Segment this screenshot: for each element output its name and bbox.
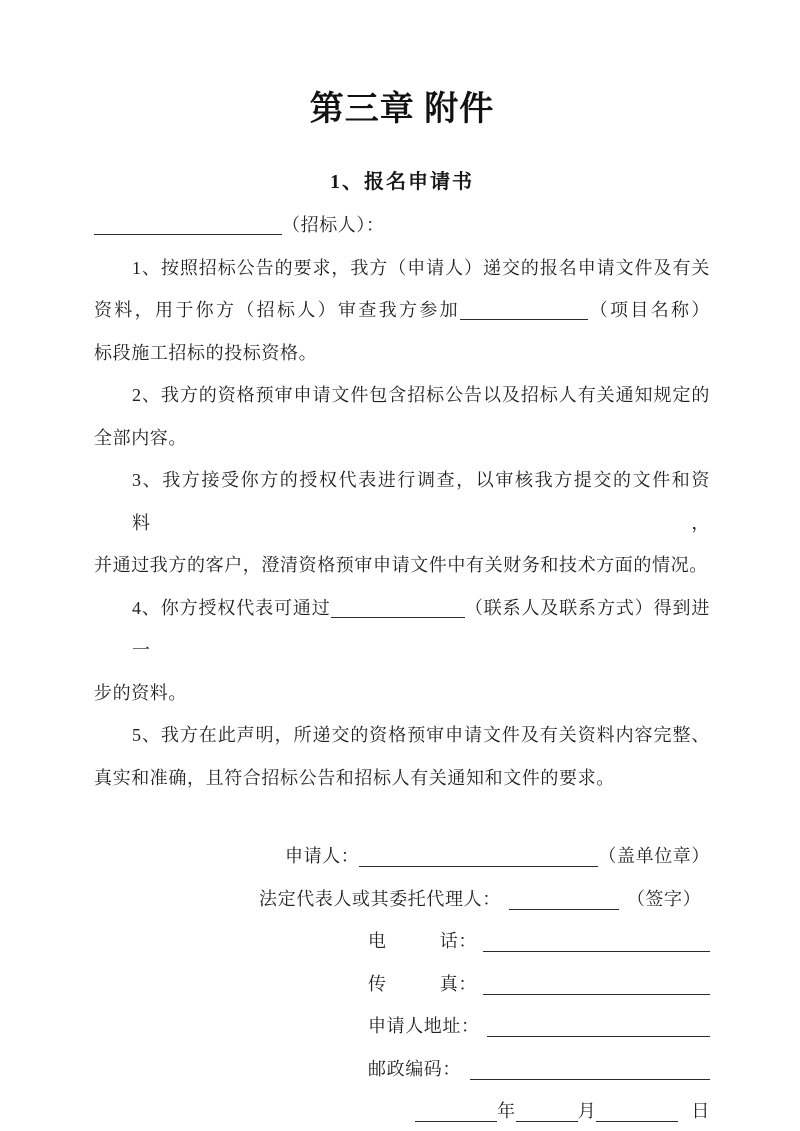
paragraph-3-line-2: 并通过我方的客户，澄清资格预审申请文件中有关财务和技术方面的情况。 bbox=[94, 544, 710, 587]
phone-label-char-2: 话： bbox=[440, 921, 477, 961]
address-row: 申请人地址： bbox=[368, 1004, 710, 1047]
text-run: 真实和准确，且符合招标公告和招标人有关通知和文件的要求。 bbox=[94, 768, 615, 788]
paragraph-3-line-1: 3、我方接受你方的授权代表进行调查，以审核我方提交的文件和资料， bbox=[94, 459, 710, 544]
fax-label-char-1: 传 bbox=[368, 964, 387, 1004]
text-run: 资料，用于你方（招标人）审查我方参加 bbox=[94, 300, 460, 320]
fax-label-char-2: 真： bbox=[440, 964, 477, 1004]
applicant-label: 申请人： bbox=[285, 836, 359, 876]
paragraph-1-line-3: 标段施工招标的投标资格。 bbox=[94, 332, 710, 375]
applicant-blank-field bbox=[359, 861, 598, 867]
signature-block: 申请人： （盖单位章） 法定代表人或其委托代理人： （签字） 电 话： 传 真： bbox=[94, 834, 710, 1131]
text-run: 并通过我方的客户，澄清资格预审申请文件中有关财务和技术方面的情况。 bbox=[94, 555, 708, 575]
text-run: 5、我方在此声明，所递交的资格预审申请文件及有关资料内容完整、 bbox=[132, 725, 710, 745]
phone-label-char-1: 电 bbox=[368, 921, 387, 961]
postcode-blank-field bbox=[470, 1074, 710, 1080]
representative-label: 法定代表人或其委托代理人： bbox=[259, 879, 501, 919]
paragraph-5-line-1: 5、我方在此声明，所递交的资格预审申请文件及有关资料内容完整、 bbox=[94, 714, 710, 757]
text-run: 步的资料。 bbox=[94, 683, 187, 703]
year-blank-field bbox=[415, 1116, 497, 1122]
day-label: 日 bbox=[691, 1091, 710, 1131]
month-label: 月 bbox=[578, 1091, 597, 1131]
address-blank-field bbox=[487, 1031, 710, 1037]
paragraph-2-line-1: 2、我方的资格预审申请文件包含招标公告以及招标人有关通知规定的 bbox=[94, 374, 710, 417]
document-page: 第三章 附件 1、报名申请书 （招标人）：1、按照招标公告的要求，我方（申请人）… bbox=[0, 0, 800, 1131]
paragraph-1-line-2: 资料，用于你方（招标人）审查我方参加（项目名称） bbox=[94, 289, 710, 332]
representative-row: 法定代表人或其委托代理人： （签字） bbox=[259, 876, 710, 919]
blank-field bbox=[331, 617, 465, 618]
text-run: （招标人）： bbox=[282, 215, 385, 235]
text-run: 标段施工招标的投标资格。 bbox=[94, 343, 317, 363]
paragraph-1-line-1: 1、按照招标公告的要求，我方（申请人）递交的报名申请文件及有关 bbox=[94, 247, 710, 290]
paragraph-4-line-2: 步的资料。 bbox=[94, 672, 710, 715]
text-run: 4、你方授权代表可通过 bbox=[132, 598, 331, 618]
date-row: 年 月 日 bbox=[94, 1089, 710, 1131]
paragraph-5-line-2: 真实和准确，且符合招标公告和招标人有关通知和文件的要求。 bbox=[94, 757, 710, 800]
text-run: （项目名称） bbox=[588, 300, 710, 320]
text-run: 3、我方接受你方的授权代表进行调查，以审核我方提交的文件和资料， bbox=[132, 470, 710, 533]
text-run: 全部内容。 bbox=[94, 428, 187, 448]
company-seal-note: （盖单位章） bbox=[598, 836, 710, 876]
postcode-label: 邮政编码： bbox=[368, 1049, 461, 1089]
form-body: （招标人）：1、按照招标公告的要求，我方（申请人）递交的报名申请文件及有关资料，… bbox=[94, 204, 710, 799]
salutation-line: （招标人）： bbox=[94, 204, 710, 247]
applicant-row: 申请人： （盖单位章） bbox=[285, 834, 710, 877]
fax-row: 传 真： bbox=[368, 961, 710, 1004]
month-blank-field bbox=[516, 1116, 578, 1122]
paragraph-2-line-2: 全部内容。 bbox=[94, 417, 710, 460]
representative-blank-field bbox=[509, 904, 619, 910]
text-run: 2、我方的资格预审申请文件包含招标公告以及招标人有关通知规定的 bbox=[132, 385, 710, 405]
phone-row: 电 话： bbox=[368, 919, 710, 962]
fax-label: 传 真： bbox=[368, 964, 477, 1004]
phone-blank-field bbox=[483, 946, 710, 952]
postcode-row: 邮政编码： bbox=[368, 1046, 710, 1089]
signature-note: （签字） bbox=[627, 879, 701, 919]
fax-blank-field bbox=[483, 989, 710, 995]
year-label: 年 bbox=[497, 1091, 516, 1131]
address-label: 申请人地址： bbox=[368, 1006, 480, 1046]
day-blank-field bbox=[596, 1116, 678, 1122]
paragraph-4-line-1: 4、你方授权代表可通过（联系人及联系方式）得到进一 bbox=[94, 587, 710, 672]
blank-field bbox=[460, 319, 588, 320]
chapter-title: 第三章 附件 bbox=[94, 88, 710, 132]
text-run: 1、按照招标公告的要求，我方（申请人）递交的报名申请文件及有关 bbox=[132, 258, 710, 278]
phone-label: 电 话： bbox=[368, 921, 477, 961]
form-title: 1、报名申请书 bbox=[94, 166, 710, 198]
blank-field bbox=[94, 234, 282, 235]
